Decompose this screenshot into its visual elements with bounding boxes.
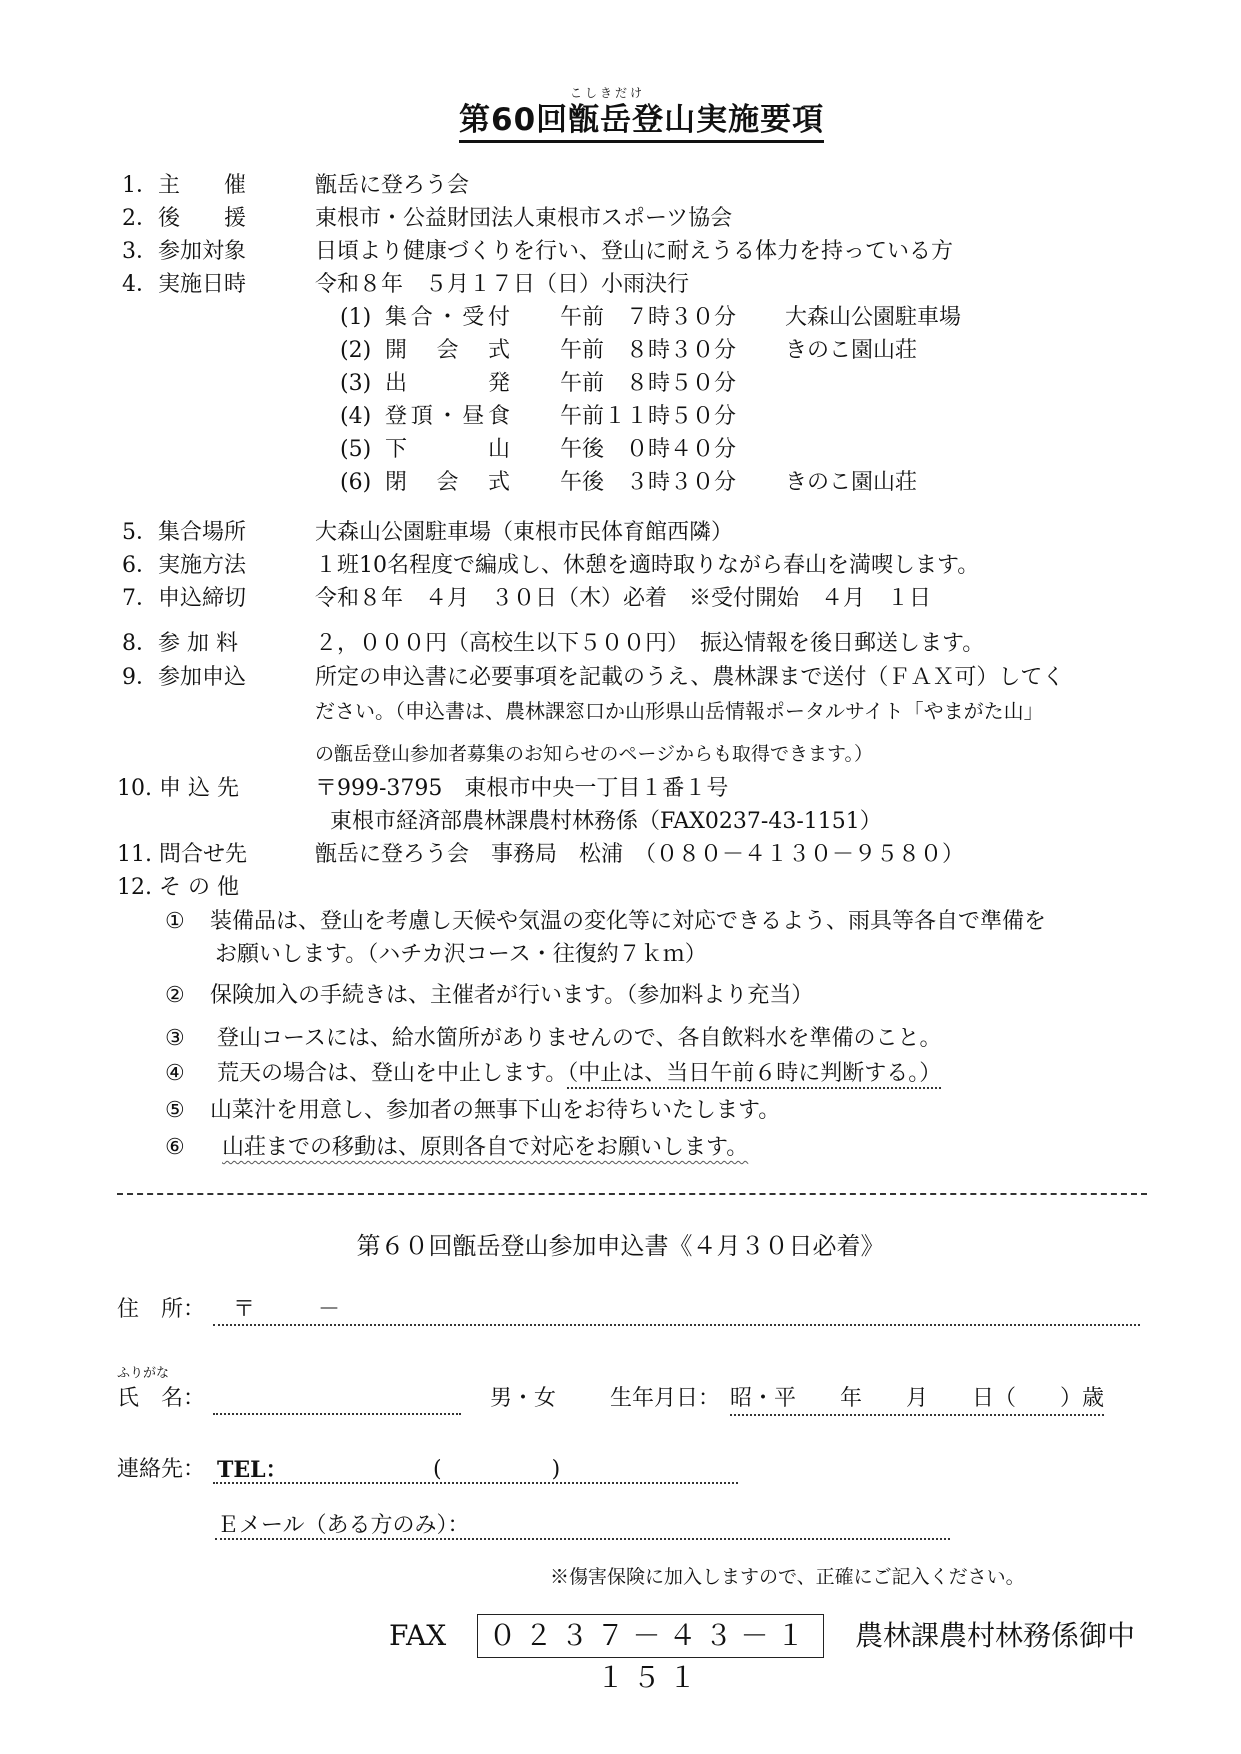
section-value: ２，０００円（高校生以下５００円） 振込情報を後日郵送します。 [315, 630, 984, 658]
postal-mark: 〒 [233, 1296, 255, 1324]
address-label: 住 所： [117, 1296, 205, 1324]
schedule-time: 午後 ３時３０分 [560, 469, 736, 497]
char: 会 [436, 469, 458, 497]
char: 受 [462, 304, 484, 332]
schedule-place: 大森山公園駐車場 [785, 304, 961, 332]
schedule-num: (1) [340, 304, 371, 332]
tel-label: TEL： [217, 1456, 288, 1484]
schedule-time: 午前 ８時５０分 [560, 370, 736, 398]
email-field[interactable]: Ｅメール（ある方のみ）： [215, 1512, 950, 1540]
form-title: 第６０回甑岳登山参加申込書《４月３０日必着》 [0, 1226, 1241, 1261]
list-mark: ① [165, 908, 185, 936]
schedule-time: 午前１１時５０分 [560, 403, 736, 431]
schedule-name: 開会式 [385, 337, 510, 365]
contact-label: 連絡先： [117, 1456, 205, 1484]
section-label: 9．参加申込 [122, 664, 246, 692]
fax-recipient: 農林課農村林務係御中 [855, 1616, 1135, 1656]
schedule-num: (5) [340, 436, 371, 464]
postal-dash: － [318, 1296, 340, 1324]
birth-label: 生年月日： [610, 1385, 720, 1413]
schedule-name: 出発 [385, 370, 510, 398]
underlined-text: （中止は、当日午前６時に判断する。） [567, 1061, 941, 1089]
fax-number: ０２３７－４３－１１５１ [477, 1614, 824, 1658]
list-item: 荒天の場合は、登山を中止します。（中止は、当日午前６時に判断する。） [217, 1060, 941, 1088]
text: 荒天の場合は、登山を中止します。 [217, 1061, 567, 1086]
section-label: 6．実施方法 [122, 552, 246, 580]
section-label: 8．参 加 料 [122, 630, 238, 658]
tel-field[interactable]: TEL： ( ) [213, 1456, 738, 1484]
section-value: 日頃より健康づくりを行い、登山に耐えうる体力を持っている方 [315, 238, 953, 266]
char: 食 [488, 403, 510, 431]
schedule-num: (6) [340, 469, 371, 497]
char: 式 [488, 337, 510, 365]
char: 閉 [385, 469, 407, 497]
gender-select[interactable]: 男・女 [490, 1385, 556, 1413]
page-title: 第60回甑岳登山実施要項 [459, 100, 824, 143]
section-label: 5．集合場所 [122, 519, 246, 547]
char: 頂 [411, 403, 433, 431]
section-value-cont: ださい。（申込書は、農林課窓口か山形県山岳情報ポータルサイト「やまがた山」 [315, 697, 1044, 726]
char: 昼 [462, 403, 484, 431]
list-mark: ② [165, 982, 185, 1010]
section-value: 甑岳に登ろう会 事務局 松浦 （０８０－４１３０－９５８０） [315, 841, 964, 869]
section-value: 令和８年 ４月 ３０日（木）必着 ※受付開始 ４月 １日 [315, 585, 931, 613]
list-mark: ④ [165, 1060, 185, 1088]
section-label: 10. 申 込 先 [117, 775, 239, 803]
char: 山 [488, 436, 510, 464]
char: ・ [436, 304, 458, 332]
email-label: Ｅメール（ある方のみ）： [217, 1512, 470, 1540]
section-value-cont: 東根市経済部農林課農村林務係（FAX0237-43-1151） [330, 808, 882, 836]
title-ruby: こしきだけ [570, 84, 645, 101]
char: 付 [488, 304, 510, 332]
section-value: 大森山公園駐車場（東根市民体育館西隣） [315, 519, 733, 547]
char: 会 [436, 337, 458, 365]
name-field[interactable] [213, 1388, 461, 1415]
fax-label: FAX [389, 1616, 446, 1656]
tel-area-paren: ( ) [433, 1456, 560, 1484]
list-item-cont: お願いします。（ハチカ沢コース・往復約７ｋｍ） [215, 941, 707, 969]
section-label: 2．後 援 [122, 205, 246, 233]
list-item: 山荘までの移動は、原則各自で対応をお願いします。 [222, 1134, 748, 1162]
list-mark: ⑤ [165, 1097, 185, 1125]
schedule-num: (2) [340, 337, 371, 365]
schedule-name: 登頂・昼食 [385, 403, 510, 431]
section-value: 所定の申込書に必要事項を記載のうえ、農林課まで送付（ＦＡＸ可）してく [315, 664, 1064, 692]
char: 登 [385, 403, 407, 431]
char: 下 [385, 436, 407, 464]
section-label: 11. 問合せ先 [117, 841, 247, 869]
name-label: 氏 名： [117, 1385, 205, 1413]
address-field[interactable]: 〒 － [213, 1298, 1140, 1326]
list-item: 保険加入の手続きは、主催者が行います。（参加料より充当） [210, 982, 813, 1010]
schedule-place: きのこ園山荘 [785, 337, 917, 365]
schedule-place: きのこ園山荘 [785, 469, 917, 497]
section-value: 甑岳に登ろう会 [315, 172, 469, 200]
schedule-name: 下山 [385, 436, 510, 464]
cut-line-divider [117, 1193, 1147, 1195]
char: 発 [488, 370, 510, 398]
section-value: 令和８年 ５月１７日（日）小雨決行 [315, 271, 689, 299]
char: 式 [488, 469, 510, 497]
schedule-name: 閉会式 [385, 469, 510, 497]
section-value: 東根市・公益財団法人東根市スポーツ協会 [315, 205, 732, 233]
schedule-time: 午後 ０時４０分 [560, 436, 736, 464]
text: ださい。（申込書は、農林課窓口か山形県山岳情報ポータルサイト「やまがた山」 [315, 699, 1044, 723]
char: 集 [385, 304, 407, 332]
list-item: 装備品は、登山を考慮し天候や気温の変化等に対応できるよう、雨具等各自で準備を [210, 908, 1046, 936]
birth-field[interactable]: 昭・平 年 月 日（ ）歳 [730, 1385, 1104, 1416]
char: 出 [385, 370, 407, 398]
section-value: １班10名程度で編成し、休憩を適時取りながら春山を満喫します。 [315, 552, 979, 580]
section-label: 12. そ の 他 [117, 874, 239, 902]
schedule-time: 午前 ７時３０分 [560, 304, 736, 332]
schedule-num: (3) [340, 370, 371, 398]
char: 開 [385, 337, 407, 365]
section-value: 〒999-3795 東根市中央一丁目１番１号 [315, 775, 728, 803]
section-label: 7．申込締切 [122, 585, 246, 613]
char: 合 [411, 304, 433, 332]
list-item: 登山コースには、給水箇所がありませんので、各自飲料水を準備のこと。 [217, 1025, 941, 1053]
insurance-note: ※傷害保険に加入しますので、正確にご記入ください。 [550, 1565, 1025, 1589]
section-value-cont: の甑岳登山参加者募集のお知らせのページからも取得できます。） [315, 742, 873, 766]
list-item: 山菜汁を用意し、参加者の無事下山をお待ちいたします。 [210, 1097, 780, 1125]
schedule-num: (4) [340, 403, 371, 431]
furigana-label: ふりがな [117, 1362, 169, 1381]
section-label: 3．参加対象 [122, 238, 246, 266]
list-mark: ③ [165, 1025, 185, 1053]
list-mark: ⑥ [165, 1134, 185, 1162]
section-label: 1．主 催 [122, 172, 246, 200]
schedule-time: 午前 ８時３０分 [560, 337, 736, 365]
char: ・ [436, 403, 458, 431]
section-label: 4．実施日時 [122, 271, 246, 299]
schedule-name: 集合・受付 [385, 304, 510, 332]
